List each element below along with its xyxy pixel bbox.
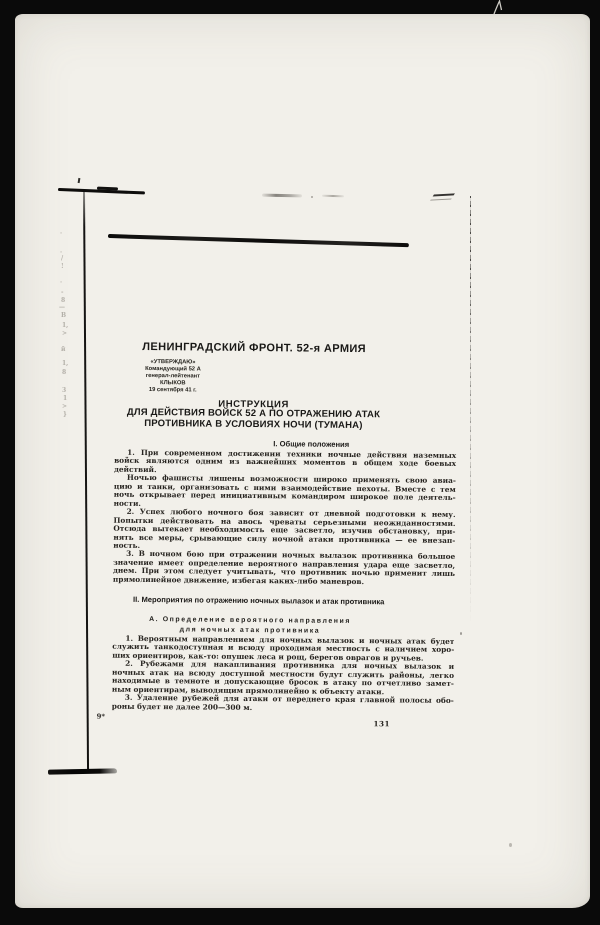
section-2-body: 1. Вероятным направлением для ночных выл… [112,635,455,714]
document-title-line: ПРОТИВНИКА В УСЛОВИЯХ НОЧИ (ТУМАНА) [100,418,406,432]
scan-background: ··/!·-8—В1,>й1,831>} ЛЕНИНГРАДСКИЙ ФРОНТ… [0,0,600,925]
section-1-body: 1. При современном достижении техники но… [113,449,456,588]
approval-date: 19 сентября 41 г. [137,387,209,395]
section-2-heading: II. Мероприятия по отражению ночных выла… [113,595,405,607]
document-content: ЛЕНИНГРАДСКИЙ ФРОНТ. 52-я АРМИЯ «УТВЕРЖД… [0,0,600,925]
approval-rank: генерал-лейтенант [137,373,209,381]
document-title: ДЛЯ ДЕЙСТВИЯ ВОЙСК 52 А ПО ОТРАЖЕНИЮ АТА… [100,408,406,432]
printer-signature-mark: 9* [97,713,105,721]
page-number: 131 [374,719,391,728]
front-army-title: ЛЕНИНГРАДСКИЙ ФРОНТ. 52-я АРМИЯ [115,341,393,356]
approval-block: «УТВЕРЖДАЮ» Командующий 52 А генерал-лей… [137,359,209,394]
